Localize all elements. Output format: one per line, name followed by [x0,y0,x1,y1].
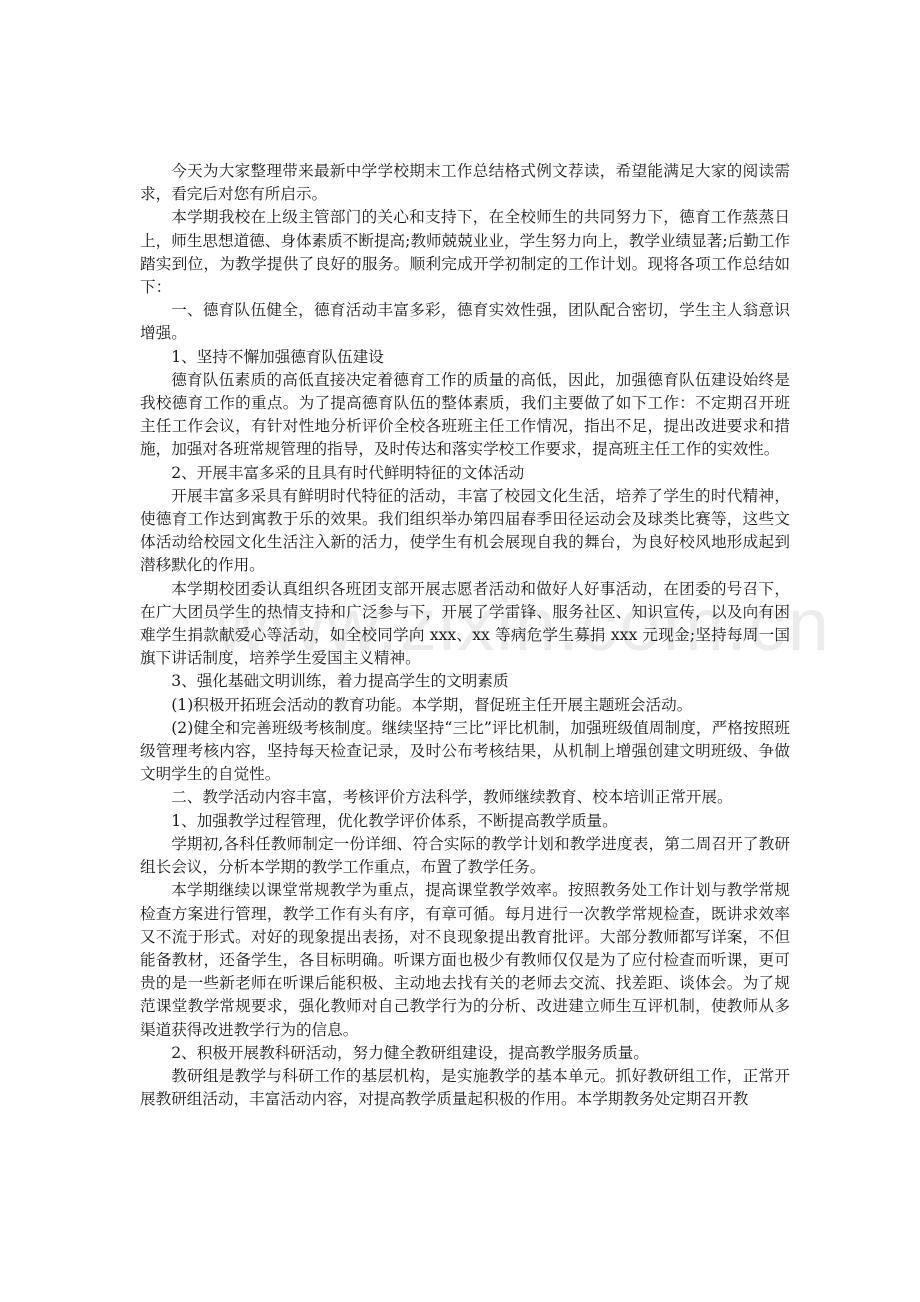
subheading-1-3: 3、强化基础文明训练，着力提高学生的文明素质 [140,670,790,693]
paragraph-intro: 今天为大家整理带来最新中学学校期末工作总结格式例文荐读，希望能满足大家的阅读需求… [140,160,790,206]
list-item: (2)健全和完善班级考核制度。继续坚持“三比”评比机制，加强班级值周制度，严格按… [140,717,790,787]
document-body: 今天为大家整理带来最新中学学校期末工作总结格式例文荐读，希望能满足大家的阅读需求… [140,160,790,1111]
heading-section-2: 二、教学活动内容丰富，考核评价方法科学，教师继续教育、校本培训正常开展。 [140,786,790,809]
subheading-1-2: 2、开展丰富多采的且具有时代鲜明特征的文体活动 [140,462,790,485]
paragraph: 学期初,各科任教师制定一份详细、符合实际的教学计划和教学进度表，第二周召开了教研… [140,833,790,879]
paragraph: 教研组是教学与科研工作的基层机构，是实施教学的基本单元。抓好教研组工作，正常开展… [140,1065,790,1111]
list-item: (1)积极开拓班会活动的教育功能。本学期，督促班主任开展主题班会活动。 [140,694,790,717]
heading-section-1: 一、德育队伍健全，德育活动丰富多彩，德育实效性强，团队配合密切，学生主人翁意识增… [140,299,790,345]
paragraph: 德育队伍素质的高低直接决定着德育工作的质量的高低，因此，加强德育队伍建设始终是我… [140,369,790,462]
paragraph: 本学期校团委认真组织各班团支部开展志愿者活动和做好人好事活动，在团委的号召下，在… [140,578,790,671]
subheading-1-1: 1、坚持不懈加强德育队伍建设 [140,346,790,369]
subheading-2-1: 1、加强教学过程管理，优化教学评价体系，不断提高教学质量。 [140,810,790,833]
subheading-2-2: 2、积极开展教科研活动，努力健全教研组建设，提高教学服务质量。 [140,1042,790,1065]
paragraph: 本学期继续以课堂常规教学为重点，提高课堂教学效率。按照教务处工作计划与教学常规检… [140,879,790,1041]
paragraph: 开展丰富多采具有鲜明时代特征的活动，丰富了校园文化生活，培养了学生的时代精神，使… [140,485,790,578]
paragraph-overview: 本学期我校在上级主管部门的关心和支持下，在全校师生的共同努力下，德育工作蒸蒸日上… [140,206,790,299]
